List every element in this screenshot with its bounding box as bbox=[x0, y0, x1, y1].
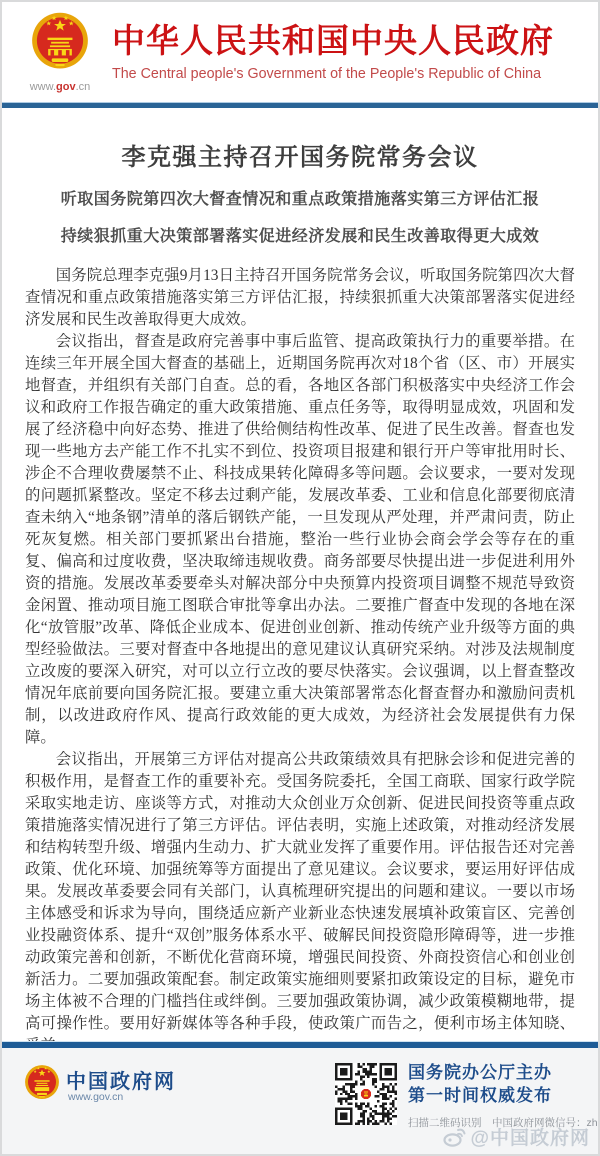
page: www.gov.cn 中华人民共和国中央人民政府 The Central peo… bbox=[0, 0, 600, 1156]
watermark: @中国政府网 bbox=[443, 1123, 590, 1150]
article-subtitle-2: 持续狠抓重大决策部署落实促进经济发展和民生改善取得更大成效 bbox=[25, 223, 575, 246]
footer-divider-bar bbox=[2, 1041, 598, 1048]
footer-host-line1: 国务院办公厅主办 bbox=[408, 1061, 552, 1084]
article-paragraph: 会议指出，督查是政府完善事中事后监管、提高政策执行力的重要举措。在连续三年开展全… bbox=[25, 331, 575, 749]
header-site-url[interactable]: www.gov.cn bbox=[28, 81, 92, 93]
footer-site-name[interactable]: 中国政府网 bbox=[66, 1065, 176, 1094]
site-header: www.gov.cn 中华人民共和国中央人民政府 The Central peo… bbox=[2, 2, 598, 102]
footer-host-info: 国务院办公厅主办 第一时间权威发布 bbox=[408, 1061, 552, 1107]
url-cn: .cn bbox=[76, 81, 91, 93]
footer-national-emblem-icon bbox=[24, 1064, 60, 1103]
footer-host-line2: 第一时间权威发布 bbox=[408, 1084, 552, 1107]
article-body: 国务院总理李克强9月13日主持召开国务院常务会议，听取国务院第四次大督查情况和重… bbox=[25, 265, 575, 1041]
site-subtitle: The Central people's Government of the P… bbox=[112, 66, 554, 82]
article-paragraph: 国务院总理李克强9月13日主持召开国务院常务会议，听取国务院第四次大督查情况和重… bbox=[25, 265, 575, 331]
article-subtitle-1: 听取国务院第四次大督查情况和重点政策措施落实第三方评估汇报 bbox=[25, 186, 575, 209]
watermark-text: @中国政府网 bbox=[470, 1123, 590, 1150]
article-title: 李克强主持召开国务院常务会议 bbox=[25, 137, 575, 172]
national-emblem-icon bbox=[30, 11, 90, 75]
article: 李克强主持召开国务院常务会议 听取国务院第四次大督查情况和重点政策措施落实第三方… bbox=[2, 108, 598, 1041]
site-title[interactable]: 中华人民共和国中央人民政府 bbox=[112, 22, 554, 60]
article-paragraph: 会议指出，开展第三方评估对提高公共政策绩效具有把脉会诊和促进完善的积极作用，是督… bbox=[25, 749, 575, 1041]
qr-code bbox=[335, 1063, 397, 1125]
url-gov: gov bbox=[56, 81, 76, 93]
header-logo[interactable]: www.gov.cn bbox=[28, 11, 92, 93]
footer-site-url[interactable]: www.gov.cn bbox=[68, 1091, 123, 1103]
url-www: www. bbox=[30, 81, 56, 93]
weibo-icon bbox=[443, 1127, 467, 1147]
site-footer: 中国政府网 www.gov.cn 国务院办公厅主办 第一时间权威发布 扫描二维码 bbox=[2, 1048, 598, 1154]
